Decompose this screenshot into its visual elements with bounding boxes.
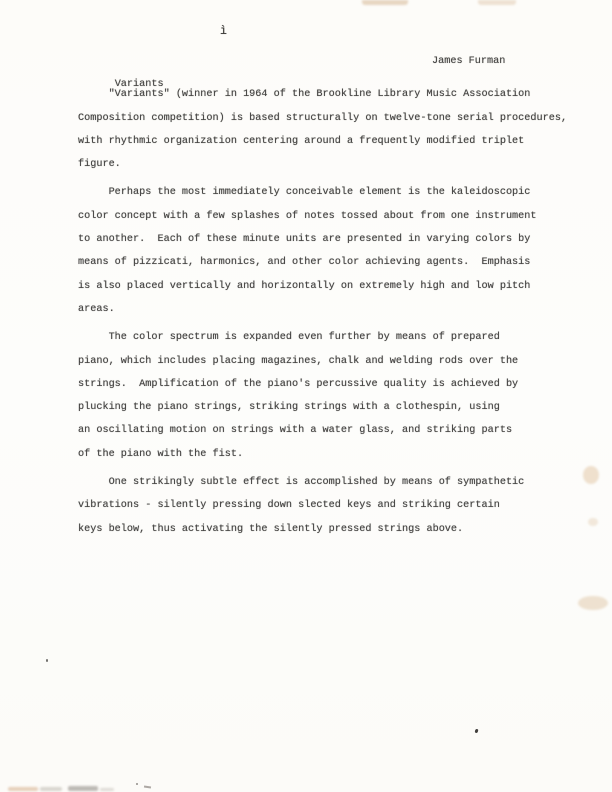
paragraph: Perhaps the most immediately conceivable…	[78, 176, 583, 321]
text-line: areas.	[78, 298, 583, 321]
text-line: The color spectrum is expanded even furt…	[78, 326, 583, 349]
scan-smudge-top-right	[478, 0, 516, 5]
document-title: Variants	[115, 79, 164, 90]
document-header: Variants James Furman	[78, 50, 583, 73]
text-line: One strikingly subtle effect is accompli…	[78, 471, 583, 494]
text-line: Perhaps the most immediately conceivable…	[78, 181, 583, 204]
text-line: means of pizzicati, harmonics, and other…	[78, 251, 583, 274]
text-line: color concept with a few splashes of not…	[78, 205, 583, 228]
scan-smudge-top-left	[362, 0, 408, 5]
text-line: plucking the piano strings, striking str…	[78, 396, 583, 419]
paragraph: The color spectrum is expanded even furt…	[78, 321, 583, 466]
text-line: with rhythmic organization centering aro…	[78, 130, 583, 153]
text-line: keys below, thus activating the silently…	[78, 518, 583, 541]
text-line: vibrations - silently pressing down slec…	[78, 494, 583, 517]
paragraph: One strikingly subtle effect is accompli…	[78, 466, 583, 541]
text-line: an oscillating motion on strings with a …	[78, 419, 583, 442]
scan-dash-bottom	[144, 786, 151, 789]
document-body: "Variants" (winner in 1964 of the Brookl…	[78, 78, 583, 541]
scan-dot-bottom	[136, 783, 138, 785]
text-line: to another. Each of these minute units a…	[78, 228, 583, 251]
text-line: strings. Amplification of the piano's pe…	[78, 373, 583, 396]
scan-smudge-right-edge-2	[588, 518, 598, 526]
text-line: piano, which includes placing magazines,…	[78, 350, 583, 373]
page-number-mark: ì	[220, 25, 227, 38]
scan-edge-strip-2	[40, 787, 62, 791]
author-name: James Furman	[432, 50, 505, 73]
text-line: figure.	[78, 153, 583, 176]
scan-edge-strip-1	[8, 787, 38, 791]
text-line: of the piano with the fist.	[78, 443, 583, 466]
scan-edge-strip-3	[68, 786, 98, 791]
ink-speck-bottom-right	[475, 729, 479, 734]
scan-smudge-right-edge-1	[583, 466, 599, 484]
text-line: is also placed vertically and horizontal…	[78, 275, 583, 298]
ink-speck-left-margin	[46, 659, 48, 662]
scan-edge-strip-4	[100, 788, 114, 791]
document-content: Variants James Furman "Variants" (winner…	[78, 50, 583, 541]
text-line: Composition competition) is based struct…	[78, 107, 583, 130]
document-page: ì Variants James Furman "Variants" (winn…	[0, 0, 612, 792]
scan-smudge-right-edge-3	[578, 596, 608, 610]
